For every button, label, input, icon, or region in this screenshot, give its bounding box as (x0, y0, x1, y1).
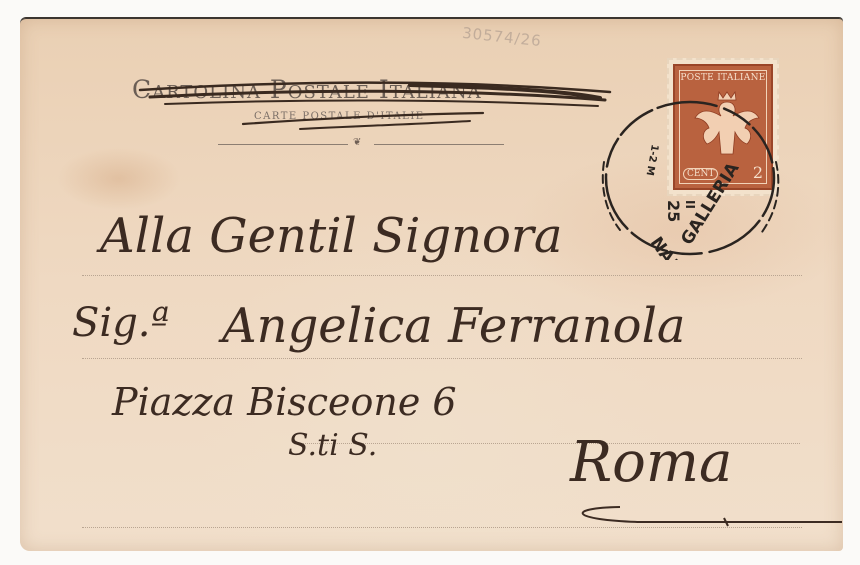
city-underline (0, 0, 860, 565)
